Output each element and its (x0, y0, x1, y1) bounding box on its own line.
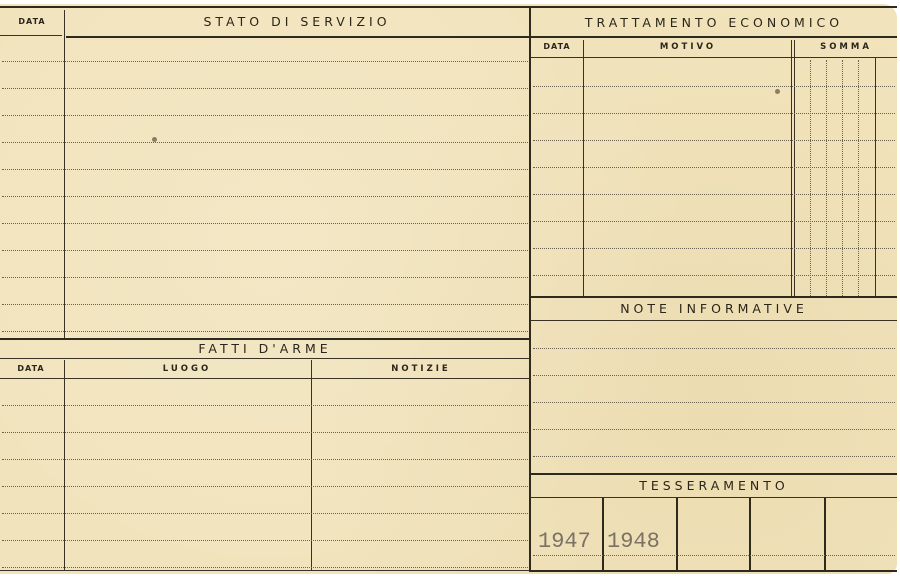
ruled-line (2, 567, 528, 568)
divider (824, 498, 826, 570)
section-title: STATO DI SERVIZIO (64, 14, 530, 29)
divider (583, 40, 584, 296)
somma-digit-guide (826, 60, 827, 296)
somma-digit-guide (842, 60, 843, 296)
ruled-line (2, 459, 528, 460)
ruled-line (2, 277, 528, 278)
ruled-line (533, 221, 895, 222)
divider (602, 498, 604, 570)
ruled-line (533, 140, 895, 141)
ruled-line (2, 405, 528, 406)
record-card: DATA STATO DI SERVIZIO TRATTAMENTO ECONO… (0, 4, 897, 574)
ruled-line (2, 513, 528, 514)
ruled-line (2, 250, 528, 251)
paper-speck (152, 137, 157, 142)
year-stamp: 1948 (607, 529, 660, 554)
ruled-line (533, 429, 895, 430)
divider (66, 36, 530, 38)
col-notizie-label: NOTIZIE (312, 364, 530, 374)
divider (0, 35, 62, 36)
divider (531, 57, 897, 58)
divider (676, 498, 678, 570)
ruled-line (2, 196, 528, 197)
ruled-line (533, 113, 895, 114)
divider (0, 358, 530, 359)
ruled-line (2, 61, 528, 62)
ruled-line (2, 331, 528, 332)
top-rule (0, 6, 897, 8)
divider (791, 40, 792, 296)
divider (794, 40, 795, 296)
ruled-line (2, 540, 528, 541)
divider (311, 360, 312, 570)
ruled-line (2, 486, 528, 487)
ruled-line (2, 432, 528, 433)
divider (531, 296, 897, 298)
ruled-line (533, 402, 895, 403)
year-stamp: 1947 (538, 529, 591, 554)
ruled-line (533, 194, 895, 195)
divider (0, 338, 530, 340)
ruled-line (533, 456, 895, 457)
divider (875, 58, 876, 296)
ruled-line (2, 142, 528, 143)
col-data-label: DATA (0, 364, 62, 373)
divider (531, 320, 897, 321)
section-title: TESSERAMENTO (531, 478, 897, 493)
paper-speck (775, 89, 780, 94)
col-somma-label: SOMMA (796, 42, 896, 52)
ruled-line (533, 248, 895, 249)
section-title: FATTI D'ARME (0, 341, 530, 356)
col-data-label: DATA (0, 17, 64, 26)
col-motivo-label: MOTIVO (584, 42, 792, 52)
ruled-line (533, 348, 895, 349)
bottom-rule (531, 570, 897, 572)
ruled-line (2, 223, 528, 224)
ruled-line (2, 88, 528, 89)
ruled-line (2, 169, 528, 170)
section-title: NOTE INFORMATIVE (531, 301, 897, 316)
divider (749, 498, 751, 570)
ruled-line (533, 275, 895, 276)
ruled-line (2, 304, 528, 305)
somma-digit-guide (810, 60, 811, 296)
divider (64, 10, 65, 338)
divider (531, 497, 897, 498)
ruled-line (533, 555, 895, 556)
col-luogo-label: LUOGO (64, 364, 310, 374)
ruled-line (533, 167, 895, 168)
bottom-rule (0, 570, 530, 571)
divider (531, 36, 897, 38)
divider (0, 378, 530, 379)
divider (531, 473, 897, 475)
col-data-label: DATA (531, 42, 583, 51)
ruled-line (2, 115, 528, 116)
ruled-line (533, 86, 895, 87)
section-title: TRATTAMENTO ECONOMICO (531, 15, 897, 30)
ruled-line (533, 375, 895, 376)
divider (64, 360, 65, 570)
somma-digit-guide (858, 60, 859, 296)
